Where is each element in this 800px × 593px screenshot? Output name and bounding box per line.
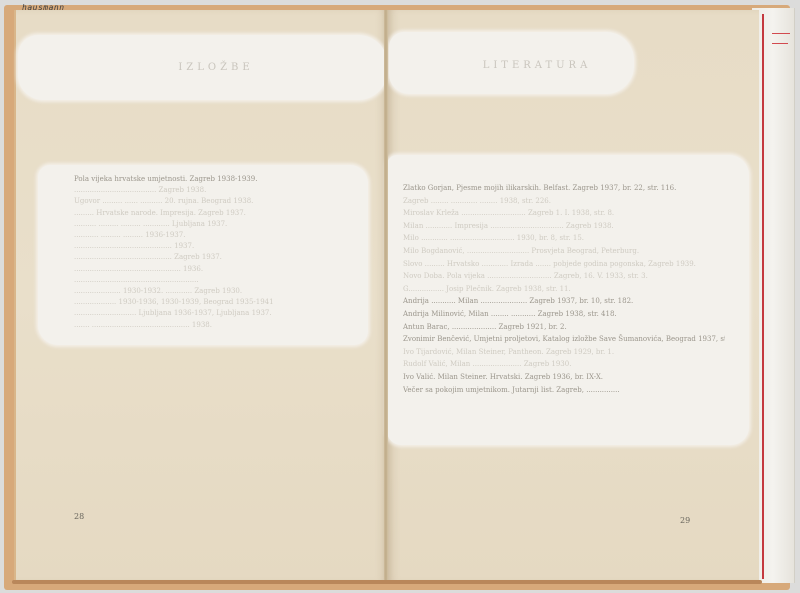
entry-line: ........................................…: [74, 275, 364, 286]
bibliography-left: Pola vijeka hrvatske umjetnosti. Zagreb …: [74, 174, 364, 331]
entry-line: ........................................…: [74, 252, 364, 263]
entry-line: ........... ......... ......... 1936-193…: [74, 230, 364, 241]
entry-line: Ivo Tijardović, Milan Steiner, Pantheon.…: [403, 346, 725, 359]
entry-line: Novo Doba. Pola vijeka .................…: [403, 270, 725, 283]
right-page: LITERATURA Zlatko Gorjan, Pjesme mojih i…: [387, 10, 759, 582]
red-margin-line: [762, 14, 764, 579]
entry-line: Miroslav Krleža ........................…: [403, 207, 725, 220]
red-tick-mark: [772, 43, 788, 44]
page-number-left: 28: [74, 512, 84, 521]
entry-line: Milan ............ Impresija ...........…: [403, 220, 725, 233]
page-heading-right: LITERATURA: [447, 60, 627, 71]
entry-line: ........................................…: [74, 241, 364, 252]
left-page: IZLOŽBE Pola vijeka hrvatske umjetnosti.…: [14, 10, 388, 582]
bibliography-right: Zlatko Gorjan, Pjesme mojih ilikarskih. …: [403, 182, 725, 396]
entry-line: Zvonimir Benčević, Umjetni proljetovi, K…: [403, 333, 725, 346]
entry-line: Ivo Valić. Milan Steiner. Hrvatski. Zagr…: [403, 371, 725, 384]
entry-line: G................ Josip Plečnik. Zagreb …: [403, 283, 725, 296]
entry-line: Rudolf Valić, Milan ....................…: [403, 358, 725, 371]
entry-line: ..................................... Za…: [74, 185, 364, 196]
page-number-right: 29: [680, 516, 690, 525]
entry-line: ....... ................................…: [74, 320, 364, 331]
page-bottom-edge: [12, 580, 762, 584]
entry-line: ......... Hrvatske narode. Impresija. Za…: [74, 208, 364, 219]
entry-line: Slovo ......... Hrvatsko ............ Iz…: [403, 258, 725, 271]
entry-line: ........................................…: [74, 264, 364, 275]
entry-line: Zlatko Gorjan, Pjesme mojih ilikarskih. …: [403, 182, 725, 195]
entry-line: Ugovor ......... ...... .......... 20. r…: [74, 196, 364, 207]
book-photograph: hausmann IZLOŽBE Pola vijeka hrvatske um…: [0, 0, 800, 593]
entry-line: Zagreb ........ ............ ........ 19…: [403, 195, 725, 208]
entry-line: ..................... 1930-1932. .......…: [74, 286, 364, 297]
entry-line: ............................ Ljubljana 1…: [74, 308, 364, 319]
entry-line: Milo Bogdanović, .......................…: [403, 245, 725, 258]
entry-line: Milo ............ ......................…: [403, 232, 725, 245]
entry-line: Andrija Milinović, Milan ........ ......…: [403, 308, 725, 321]
entry-line: Antun Barac, .................... Zagreb…: [403, 321, 725, 334]
entry-line: Večer sa pokojim umjetnikom. Jutarnji li…: [403, 384, 725, 397]
entry-line: Pola vijeka hrvatske umjetnosti. Zagreb …: [74, 174, 364, 185]
page-heading-left: IZLOŽBE: [136, 62, 296, 73]
entry-line: Andrija ........... Milan ..............…: [403, 295, 725, 308]
entry-line: ................... 1930-1936, 1930-1939…: [74, 297, 364, 308]
book-spine-gutter: [384, 10, 388, 582]
red-tick-mark: [772, 33, 790, 34]
entry-line: .......... ......... ......... .........…: [74, 219, 364, 230]
